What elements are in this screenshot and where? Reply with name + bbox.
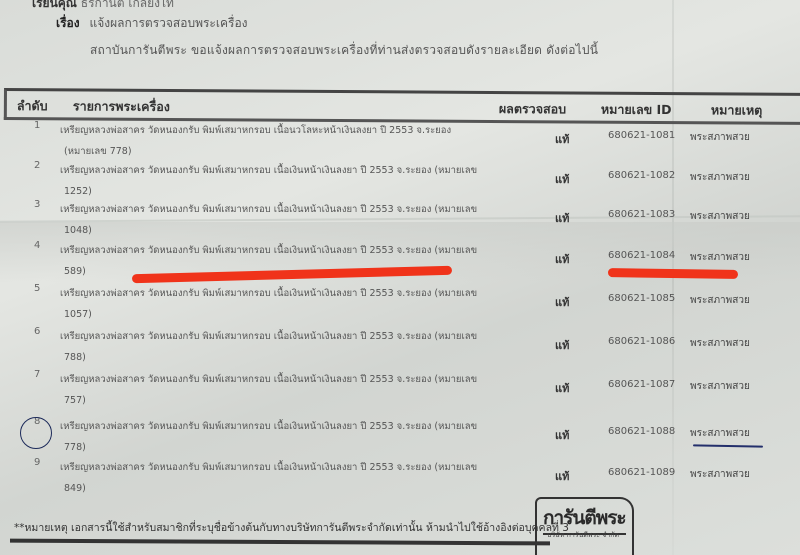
- table-row: 2เหรียญหลวงพ่อสาคร วัดหนองกรับ พิมพ์เสมา…: [0, 160, 800, 200]
- table-row: 7เหรียญหลวงพ่อสาคร วัดหนองกรับ พิมพ์เสมา…: [0, 369, 800, 409]
- row-number: 3: [34, 199, 40, 210]
- row-id: 680621-1083: [608, 209, 675, 220]
- table-row: 5เหรียญหลวงพ่อสาคร วัดหนองกรับ พิมพ์เสมา…: [0, 283, 800, 323]
- row-description-line1: เหรียญหลวงพ่อสาคร วัดหนองกรับ พิมพ์เสมาห…: [60, 369, 490, 390]
- row-result: แท้: [555, 426, 569, 444]
- row-id: 680621-1084: [608, 250, 675, 261]
- header-item: รายการพระเครื่อง: [73, 96, 170, 117]
- footer-rule: [10, 539, 550, 546]
- row-number: 2: [34, 160, 40, 171]
- row-result: แท้: [555, 379, 569, 397]
- row-description-line1: เหรียญหลวงพ่อสาคร วัดหนองกรับ พิมพ์เสมาห…: [60, 416, 490, 437]
- row-remark: พระสภาพสวย: [690, 209, 750, 224]
- company-stamp: การันตีพระ บริษัท การันตีพระ จำกัด: [535, 497, 634, 555]
- row-description-line1: เหรียญหลวงพ่อสาคร วัดหนองกรับ พิมพ์เสมาห…: [60, 326, 490, 347]
- row-description-line2: 1057): [60, 304, 490, 325]
- row-description: เหรียญหลวงพ่อสาคร วัดหนองกรับ พิมพ์เสมาห…: [60, 120, 490, 162]
- row-result: แท้: [555, 130, 569, 148]
- row-number: 7: [34, 369, 40, 380]
- row-description-line1: เหรียญหลวงพ่อสาคร วัดหนองกรับ พิมพ์เสมาห…: [60, 199, 490, 220]
- subject-label: เรื่อง: [56, 16, 80, 30]
- row-number: 5: [34, 283, 40, 294]
- row-id: 680621-1082: [608, 170, 675, 181]
- row-result: แท้: [555, 209, 569, 227]
- row-result: แท้: [555, 336, 569, 354]
- recipient-line: เรียนคุณ ธีรกานต์ เกลี้ยงไท้: [32, 0, 174, 13]
- row-remark: พระสภาพสวย: [690, 170, 750, 185]
- row-result: แท้: [555, 467, 569, 485]
- row-id: 680621-1081: [608, 130, 675, 141]
- pen-circle-mark: [20, 417, 52, 449]
- table-row: 1เหรียญหลวงพ่อสาคร วัดหนองกรับ พิมพ์เสมา…: [0, 120, 800, 160]
- table-row: 3เหรียญหลวงพ่อสาคร วัดหนองกรับ พิมพ์เสมา…: [0, 199, 800, 239]
- table-row: 8เหรียญหลวงพ่อสาคร วัดหนองกรับ พิมพ์เสมา…: [0, 416, 800, 456]
- header-remark: หมายเหตุ: [711, 100, 763, 120]
- row-result: แท้: [555, 170, 569, 188]
- row-description-line1: เหรียญหลวงพ่อสาคร วัดหนองกรับ พิมพ์เสมาห…: [60, 457, 490, 478]
- row-description-line2: 757): [60, 390, 490, 411]
- header-result: ผลตรวจสอบ: [499, 99, 566, 119]
- header-id: หมายเลข ID: [601, 100, 672, 120]
- row-result: แท้: [555, 250, 569, 268]
- table-row: 9เหรียญหลวงพ่อสาคร วัดหนองกรับ พิมพ์เสมา…: [0, 457, 800, 497]
- row-remark: พระสภาพสวย: [690, 250, 750, 265]
- subject-line: เรื่อง แจ้งผลการตรวจสอบพระเครื่อง: [56, 14, 248, 33]
- footnote: **หมายเหตุ เอกสารนี้ใช้สำหรับสมาชิกที่ระ…: [14, 519, 569, 536]
- row-number: 4: [34, 240, 40, 251]
- row-description-line1: เหรียญหลวงพ่อสาคร วัดหนองกรับ พิมพ์เสมาห…: [60, 160, 490, 181]
- row-id: 680621-1089: [608, 467, 675, 478]
- row-number: 6: [34, 326, 40, 337]
- intro-text: สถาบันการันตีพระ ขอแจ้งผลการตรวจสอบพระเค…: [90, 41, 598, 60]
- row-remark: พระสภาพสวย: [690, 130, 750, 145]
- row-description: เหรียญหลวงพ่อสาคร วัดหนองกรับ พิมพ์เสมาห…: [60, 457, 490, 499]
- recipient-label: เรียนคุณ: [32, 0, 77, 10]
- row-description-line2: 1048): [60, 220, 490, 241]
- row-description: เหรียญหลวงพ่อสาคร วัดหนองกรับ พิมพ์เสมาห…: [60, 416, 490, 458]
- row-remark: พระสภาพสวย: [690, 336, 750, 351]
- row-id: 680621-1085: [608, 293, 675, 304]
- row-description: เหรียญหลวงพ่อสาคร วัดหนองกรับ พิมพ์เสมาห…: [60, 369, 490, 411]
- row-description: เหรียญหลวงพ่อสาคร วัดหนองกรับ พิมพ์เสมาห…: [60, 326, 490, 368]
- row-remark: พระสภาพสวย: [690, 467, 750, 482]
- table-row: 6เหรียญหลวงพ่อสาคร วัดหนองกรับ พิมพ์เสมา…: [0, 326, 800, 366]
- row-description: เหรียญหลวงพ่อสาคร วัดหนองกรับ พิมพ์เสมาห…: [60, 199, 490, 241]
- row-description-line2: 778): [60, 437, 490, 458]
- row-remark: พระสภาพสวย: [690, 379, 750, 394]
- row-remark: พระสภาพสวย: [690, 293, 750, 308]
- row-id: 680621-1087: [608, 379, 675, 390]
- red-highlight-mark-id: [608, 268, 738, 279]
- row-result: แท้: [555, 293, 569, 311]
- row-description: เหรียญหลวงพ่อสาคร วัดหนองกรับ พิมพ์เสมาห…: [60, 160, 490, 202]
- row-description-line2: 788): [60, 347, 490, 368]
- row-description-line1: เหรียญหลวงพ่อสาคร วัดหนองกรับ พิมพ์เสมาห…: [60, 120, 490, 141]
- row-description: เหรียญหลวงพ่อสาคร วัดหนองกรับ พิมพ์เสมาห…: [60, 283, 490, 325]
- row-description-line1: เหรียญหลวงพ่อสาคร วัดหนองกรับ พิมพ์เสมาห…: [60, 240, 490, 261]
- row-id: 680621-1086: [608, 336, 675, 347]
- row-description-line1: เหรียญหลวงพ่อสาคร วัดหนองกรับ พิมพ์เสมาห…: [60, 283, 490, 304]
- document-photo: เรียนคุณ ธีรกานต์ เกลี้ยงไท้ เรื่อง แจ้ง…: [0, 0, 800, 555]
- subject-text: แจ้งผลการตรวจสอบพระเครื่อง: [89, 16, 247, 30]
- stamp-subtitle: บริษัท การันตีพระ จำกัด: [547, 530, 619, 541]
- row-number: 1: [34, 120, 40, 131]
- row-number: 9: [34, 457, 40, 468]
- row-remark: พระสภาพสวย: [690, 426, 750, 441]
- row-description-line2: 849): [60, 478, 490, 499]
- row-id: 680621-1088: [608, 426, 675, 437]
- header-no: ลำดับ: [17, 96, 48, 116]
- recipient-name: ธีรกานต์ เกลี้ยงไท้: [81, 0, 174, 10]
- row-description-line2: (หมายเลข 778): [60, 141, 490, 162]
